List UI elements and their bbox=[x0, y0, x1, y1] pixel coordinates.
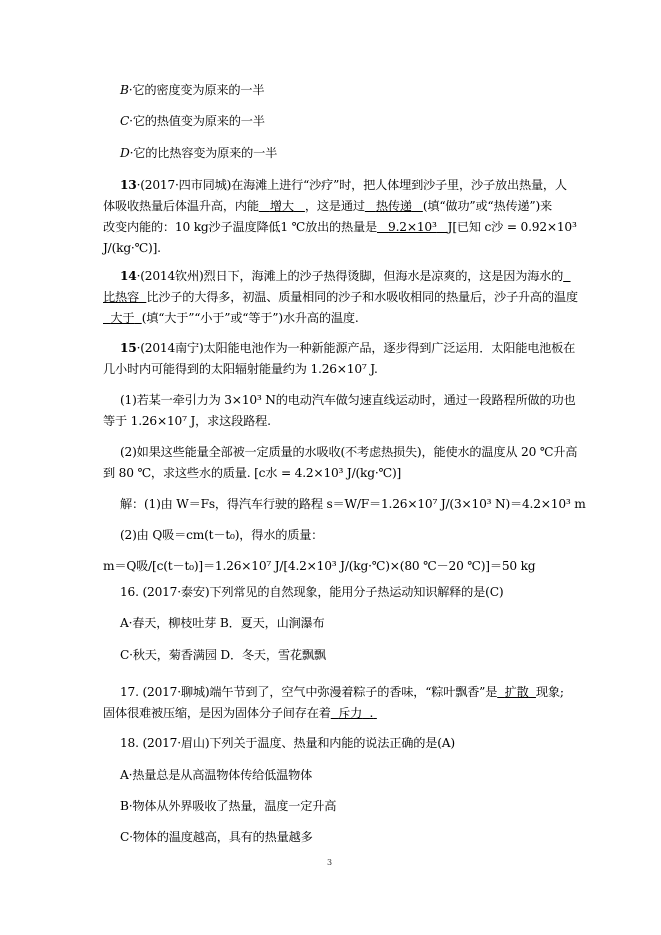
question-text: (填“大于”“小于”或“等于”)水升高的温度. bbox=[142, 311, 359, 325]
option-text: C·物体的温度越高，具有的热量越多 bbox=[120, 830, 313, 844]
q15-line2: 几小时内可能得到的太阳辐射能量约为 1.26×10⁷ J. bbox=[103, 361, 378, 377]
q15-solution-line2: (2)由 Q吸＝cm(t－t₀)，得水的质量： bbox=[120, 527, 323, 543]
answer-text: 增大 bbox=[270, 199, 294, 213]
question-text: . bbox=[369, 706, 373, 720]
q12-option-b: B·它的密度变为原来的一半 bbox=[120, 82, 264, 98]
q14-line1: 14·(2014钦州)烈日下，海滩上的沙子热得烫脚，但海水是凉爽的，这是因为海水… bbox=[120, 268, 571, 284]
solution-text: m＝Q吸/[c(t－t₀)]＝1.26×10⁷ J/[4.2×10³ J/(kg… bbox=[103, 559, 535, 573]
question-text: 16. (2017·泰安)下列常见的自然现象，能用分子热运动知识解释的是(C) bbox=[120, 585, 503, 599]
q18-option-c: C·物体的温度越高，具有的热量越多 bbox=[120, 829, 313, 845]
q17-line2: 固体很难被压缩，是因为固体分子间存在着 斥力 . bbox=[103, 705, 377, 721]
question-text: 18. (2017·眉山)下列关于温度、热量和内能的说法正确的是(A) bbox=[120, 736, 455, 750]
question-text: 体吸收热量后体温升高，内能 bbox=[103, 199, 259, 213]
answer-text: 斥力 bbox=[338, 706, 362, 720]
option-letter: D bbox=[120, 146, 130, 160]
option-text: A·春天，柳枝吐芽 B．夏天，山涧瀑布 bbox=[120, 616, 325, 630]
answer-text: 扩散 bbox=[505, 685, 529, 699]
option-text: A·热量总是从高温物体传给低温物体 bbox=[120, 768, 312, 782]
question-number: 15 bbox=[120, 341, 137, 355]
q13-line1: 13·(2017·四市同城)在海滩上进行“沙疗”时，把人体埋到沙子里，沙子放出热… bbox=[120, 177, 567, 193]
q18-option-b: B·物体从外界吸收了热量，温度一定升高 bbox=[120, 798, 336, 814]
option-text: B·物体从外界吸收了热量，温度一定升高 bbox=[120, 799, 336, 813]
q15-sub2-line1: (2)如果这些能量全部被一定质量的水吸收(不考虑热损失)，能使水的温度从 20 … bbox=[120, 444, 577, 460]
q15-sub1-line2: 等于 1.26×10⁷ J，求这段路程. bbox=[103, 413, 271, 429]
q12-option-c: C·它的热值变为原来的一半 bbox=[120, 113, 265, 129]
answer-blank-1: 增大 bbox=[259, 199, 305, 213]
question-text: 17. (2017·聊城)端午节到了，空气中弥漫着粽子的香味，“粽叶飘香”是 bbox=[120, 685, 497, 699]
question-text: ·(2014钦州)烈日下，海滩上的沙子热得烫脚，但海水是凉爽的，这是因为海水的 bbox=[137, 269, 564, 283]
option-text: ·它的比热容变为原来的一半 bbox=[130, 146, 278, 160]
question-text: 几小时内可能得到的太阳辐射能量约为 1.26×10⁷ J. bbox=[103, 362, 378, 376]
option-text: C·秋天，菊香满园 D．冬天，雪花飘飘 bbox=[120, 648, 326, 662]
question-text: ·(2014南宁)太阳能电池作为一种新能源产品，逐步得到广泛运用．太阳能电池板在 bbox=[137, 341, 576, 355]
q13-line4: J/(kg·℃)]. bbox=[103, 240, 161, 256]
answer-blank-1: 比热容 bbox=[103, 290, 146, 304]
q15-solution-line3: m＝Q吸/[c(t－t₀)]＝1.26×10⁷ J/[4.2×10³ J/(kg… bbox=[103, 558, 535, 574]
q17-line1: 17. (2017·聊城)端午节到了，空气中弥漫着粽子的香味，“粽叶飘香”是 扩… bbox=[120, 684, 564, 700]
q14-line3: 大于 (填“大于”“小于”或“等于”)水升高的温度. bbox=[103, 310, 359, 326]
q15-sub1-line1: (1)若某一牵引力为 3×10³ N的电动汽车做匀速直线运动时，通过一段路程所做… bbox=[120, 392, 575, 408]
solution-text: (2)由 Q吸＝cm(t－t₀)，得水的质量： bbox=[120, 528, 323, 542]
page-number: 3 bbox=[327, 858, 332, 867]
document-page: B·它的密度变为原来的一半 C·它的热值变为原来的一半 D·它的比热容变为原来的… bbox=[0, 0, 661, 935]
q12-option-d: D·它的比热容变为原来的一半 bbox=[120, 145, 277, 161]
option-letter: B bbox=[120, 83, 129, 97]
q18-option-a: A·热量总是从高温物体传给低温物体 bbox=[120, 767, 312, 783]
q13-line3: 改变内能的：10 kg沙子温度降低1 ℃放出的热量是 9.2×10³ J[已知 … bbox=[103, 219, 577, 235]
question-text: 等于 1.26×10⁷ J，求这段路程. bbox=[103, 414, 271, 428]
q16-options-ab: A·春天，柳枝吐芽 B．夏天，山涧瀑布 bbox=[120, 615, 325, 631]
question-number: 14 bbox=[120, 269, 137, 283]
question-text: 现象; bbox=[536, 685, 564, 699]
q15-line1: 15·(2014南宁)太阳能电池作为一种新能源产品，逐步得到广泛运用．太阳能电池… bbox=[120, 340, 575, 356]
question-text: 比沙子的大得多，初温、质量相同的沙子和水吸收相同的热量后，沙子升高的温度 bbox=[146, 290, 578, 304]
answer-text: 9.2×10³ bbox=[388, 220, 437, 234]
q13-line2: 体吸收热量后体温升高，内能 增大 ，这是通过 热传递 (填“做功”或“热传递”)… bbox=[103, 198, 552, 214]
q15-solution-line1: 解：(1)由 W＝Fs，得汽车行驶的路程 s＝W/F＝1.26×10⁷ J/(3… bbox=[120, 496, 586, 512]
question-text: ，这是通过 bbox=[305, 199, 365, 213]
q14-line2: 比热容 比沙子的大得多，初温、质量相同的沙子和水吸收相同的热量后，沙子升高的温度 bbox=[103, 289, 578, 305]
answer-blank-2: 斥力 . bbox=[331, 706, 377, 720]
question-text: 改变内能的：10 kg沙子温度降低1 ℃放出的热量是 bbox=[103, 220, 377, 234]
option-text: ·它的密度变为原来的一半 bbox=[129, 83, 265, 97]
answer-blank-1: 扩散 bbox=[497, 685, 536, 699]
option-letter: C bbox=[120, 114, 129, 128]
answer-blank-2: 大于 bbox=[103, 311, 142, 325]
question-text: (2)如果这些能量全部被一定质量的水吸收(不考虑热损失)，能使水的温度从 20 … bbox=[120, 445, 577, 459]
solution-text: 解：(1)由 W＝Fs，得汽车行驶的路程 s＝W/F＝1.26×10⁷ J/(3… bbox=[120, 497, 586, 511]
question-text: (填“做功”或“热传递”)来 bbox=[423, 199, 552, 213]
question-text: 到 80 ℃，求这些水的质量. [c水 = 4.2×10³ J/(kg·℃)] bbox=[103, 466, 401, 480]
answer-blank-3: 9.2×10³ bbox=[377, 220, 448, 234]
question-text: 固体很难被压缩，是因为固体分子间存在着 bbox=[103, 706, 331, 720]
question-text: J/(kg·℃)]. bbox=[103, 241, 161, 255]
q18-stem: 18. (2017·眉山)下列关于温度、热量和内能的说法正确的是(A) bbox=[120, 735, 455, 751]
answer-text: 热传递 bbox=[376, 199, 412, 213]
question-text: J[已知 c沙 = 0.92×10³ bbox=[448, 220, 577, 234]
answer-text: 大于 bbox=[110, 311, 134, 325]
q15-sub2-line2: 到 80 ℃，求这些水的质量. [c水 = 4.2×10³ J/(kg·℃)] bbox=[103, 465, 401, 481]
blank-underline bbox=[563, 269, 570, 283]
q16-stem: 16. (2017·泰安)下列常见的自然现象，能用分子热运动知识解释的是(C) bbox=[120, 584, 503, 600]
question-number: 13 bbox=[120, 178, 137, 192]
question-text: (1)若某一牵引力为 3×10³ N的电动汽车做匀速直线运动时，通过一段路程所做… bbox=[120, 393, 575, 407]
answer-text: 比热容 bbox=[103, 290, 139, 304]
answer-blank-2: 热传递 bbox=[365, 199, 423, 213]
option-text: ·它的热值变为原来的一半 bbox=[129, 114, 265, 128]
q16-options-cd: C·秋天，菊香满园 D．冬天，雪花飘飘 bbox=[120, 647, 326, 663]
question-text: ·(2017·四市同城)在海滩上进行“沙疗”时，把人体埋到沙子里，沙子放出热量，… bbox=[137, 178, 567, 192]
